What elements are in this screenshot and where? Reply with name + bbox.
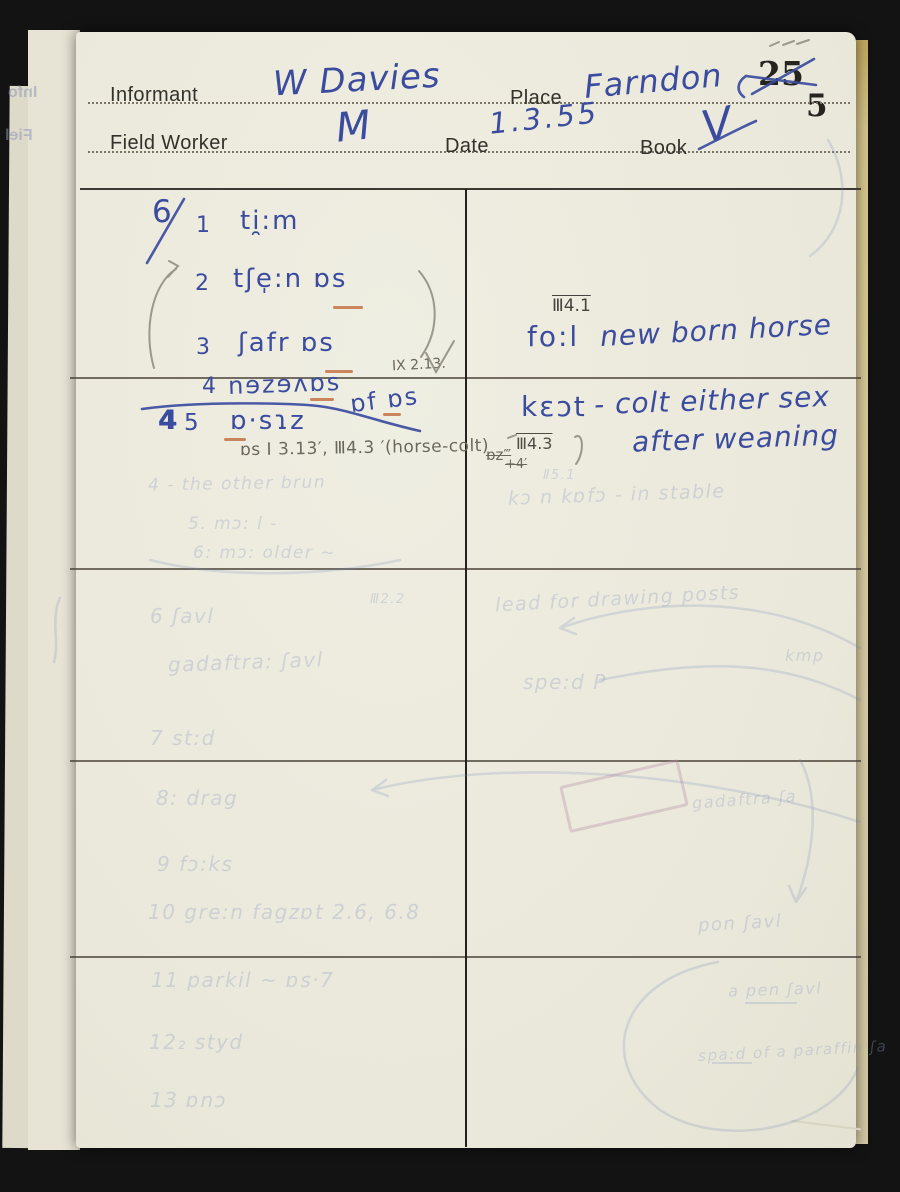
bleedthrough-item7: 7 st:d [150,726,216,750]
bleedthrough-ref-iii22: Ⅲ2.2 [370,592,406,607]
field-worker-value-handwriting: M [334,102,374,151]
orange-underline-1 [333,306,363,309]
item-3-reference: IX 2.13. [392,356,447,375]
item-1-phonetic: ti̯:m [240,206,300,236]
item-number-1: 1 [196,213,210,238]
bleedthrough-pon-savl: pon ʃavl [698,911,783,936]
item-5-phonetic: ɒ·sɿz [230,406,306,436]
bleedthrough-item11: 11 parkil ~ ɒs·7 [151,968,334,992]
informant-label: Informant [110,84,198,107]
orange-underline-4 [383,413,401,416]
item-number-4: 4 [202,374,216,399]
bleedthrough-item9: 9 fɔ:ks [157,852,233,876]
page-number: 5 [806,88,828,124]
scanned-notebook-page: Info Fiel Informant Place Field Worker D… [0,0,900,1192]
bleedthrough-item6: 6: mɔ: older ~ [193,543,336,563]
bleedthrough-item10: 10 gre:n fagzɒt 2.6, 6.8 [148,900,421,924]
note-1-phonetic: fo:l [527,320,579,353]
orange-underline-2 [325,370,353,373]
book-label: Book [640,137,687,160]
item-number-5: 5 [184,410,199,436]
reference-iii-4-3: Ⅲ4.3 [516,434,552,453]
bleedthrough-item13: 13 ɒnɔ [150,1088,227,1112]
bleedthrough-ref-ii51: Ⅱ5.1 [543,468,576,483]
table-top-border [80,188,861,190]
section-number: 6 [152,194,172,230]
item-number-3: 3 [196,335,210,360]
item-3-phonetic: ʃafr ɒs [238,328,335,358]
bleedthrough-savl: 6 ʃavl [150,604,214,628]
table-column-divider [465,189,467,1147]
bleedthrough-item8: 8: drag [156,786,238,810]
bleedthrough-item4: 4 - the other brun [148,472,326,495]
struck-pencil-note-b: +4′ [505,457,527,472]
dotted-rule-top [88,102,850,104]
orange-underline-5 [224,438,246,441]
item-4-phonetic: nɘzɘʌɒs [228,368,342,400]
item-number-2: 2 [195,271,209,296]
bleedthrough-kmp: kmp [785,646,825,665]
old-page-number-crossed-out: 25 [758,54,804,93]
verso-showthrough-informant: Info [8,84,37,102]
bleedthrough-sped: spe:d P [523,670,607,694]
orange-underline-3 [310,398,334,401]
bleedthrough-item12: 12₂ styd [149,1030,244,1054]
bleedthrough-underline-1 [745,1002,797,1004]
verso-showthrough-fieldworker: Fiel [5,127,33,145]
reference-iii-4-1: Ⅲ4.1 [552,296,591,316]
book-page-edge-left-inner [28,30,80,1150]
bleedthrough-item5: 5. mɔ: l - [188,514,278,534]
note-2-phonetic: kɛɔt [521,390,587,423]
date-label: Date [445,135,489,158]
field-worker-label: Field Worker [110,132,228,155]
bleedthrough-underline-2 [712,1062,752,1064]
item-number-4-overwritten: 4 [158,405,177,436]
bleedthrough-pen-savl: a pen ʃavl [728,978,823,1000]
item-2-phonetic: tʃe̩:n ɒs [233,264,347,294]
